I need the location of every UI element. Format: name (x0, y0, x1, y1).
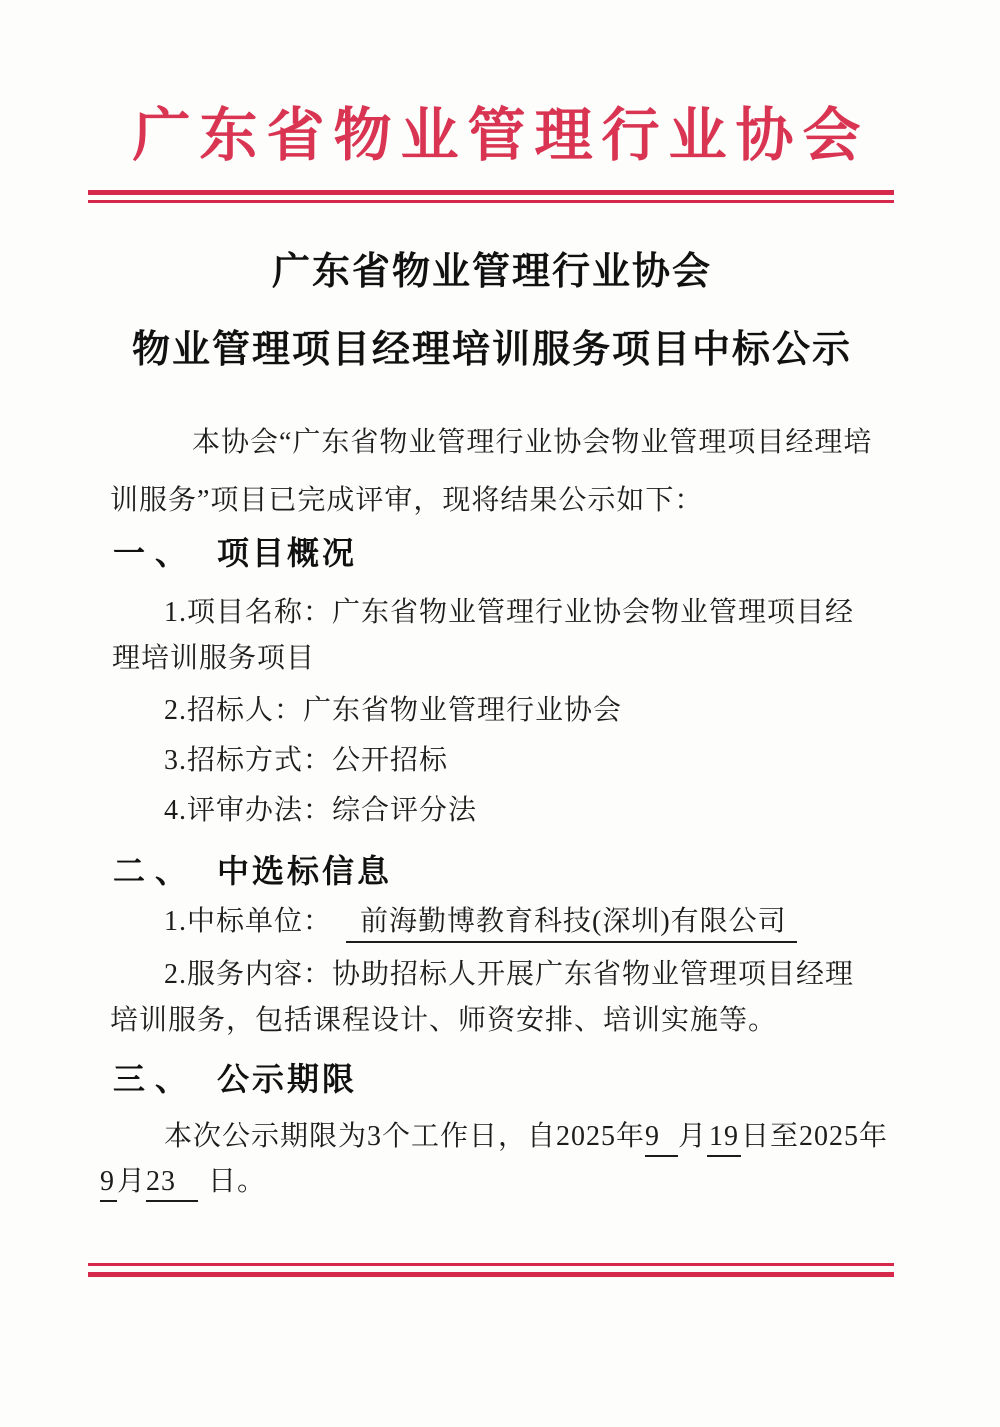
publicity-period-paragraph: 本次公示期限为3个工作日，自2025年9月19日至2025年 9月23日。 (100, 1114, 895, 1204)
section1-number: 一、 (113, 535, 197, 571)
section2-number: 二、 (113, 853, 197, 889)
doc-title-line2: 物业管理项目经理培训服务项目中标公示 (0, 330, 984, 372)
period-line2-month-char: 月 (117, 1166, 146, 1197)
letterhead-org-name: 广东省物业管理行业协会 (0, 104, 993, 168)
period-start-month: 9 (645, 1121, 678, 1157)
winner-company-name: 前海勤博教育科技(深圳)有限公司 (346, 906, 797, 943)
section2-heading: 二、中选标信息 (100, 852, 908, 890)
period-line2-tail: 日。 (208, 1166, 266, 1197)
winner-label: 1.中标单位： (164, 906, 332, 937)
section3-number: 三、 (113, 1061, 197, 1097)
section1-title: 项目概况 (217, 535, 357, 571)
section1-item1: 1.项目名称：广东省物业管理行业协会物业管理项目经 理培训服务项目 (100, 590, 895, 682)
section2-item2: 2.服务内容：协助招标人开展广东省物业管理项目经理 培训服务，包括课程设计、师资… (100, 952, 895, 1044)
letterhead-rule-thick (88, 190, 894, 195)
section1-item3: 3.招标方式：公开招标 (100, 738, 959, 784)
period-line1: 本次公示期限为3个工作日，自2025年9月19日至2025年 (100, 1114, 895, 1159)
section2-item2-line1: 2.服务内容：协助招标人开展广东省物业管理项目经理 (100, 952, 895, 998)
intro-paragraph: 本协会“广东省物业管理行业协会物业管理项目经理培 训服务”项目已完成评审，现将结… (100, 414, 895, 530)
section1-item1-line2: 理培训服务项目 (100, 636, 895, 682)
footer-rule-thin (88, 1263, 894, 1266)
letterhead-rule-thin (88, 200, 894, 203)
doc-title-line1: 广东省物业管理行业协会 (0, 252, 984, 294)
section2-item1: 1.中标单位：前海勤博教育科技(深圳)有限公司 (100, 899, 959, 945)
section2-item2-line2: 培训服务，包括课程设计、师资安排、培训实施等。 (100, 998, 895, 1044)
period-end-month: 9 (100, 1166, 117, 1202)
section2-title: 中选标信息 (217, 853, 392, 889)
period-end-day: 23 (146, 1166, 198, 1202)
section3-title: 公示期限 (217, 1061, 357, 1097)
section1-item1-line1: 1.项目名称：广东省物业管理行业协会物业管理项目经 (100, 590, 895, 636)
section1-item4: 4.评审办法：综合评分法 (100, 788, 959, 834)
intro-line1: 本协会“广东省物业管理行业协会物业管理项目经理培 (100, 414, 895, 472)
intro-line2: 训服务”项目已完成评审，现将结果公示如下： (100, 472, 895, 530)
period-line2: 9月23日。 (100, 1159, 895, 1204)
period-start-day: 19 (707, 1121, 741, 1157)
period-line1-tail: 日至2025年 (741, 1121, 888, 1152)
footer-rule-thick (88, 1272, 894, 1277)
scanned-document-page: 广东省物业管理行业协会 广东省物业管理行业协会 物业管理项目经理培训服务项目中标… (0, 0, 1000, 1427)
section3-heading: 三、公示期限 (100, 1060, 908, 1098)
section1-heading: 一、项目概况 (100, 534, 908, 572)
section1-item2: 2.招标人：广东省物业管理行业协会 (100, 688, 959, 734)
period-line1-text: 本次公示期限为3个工作日，自2025年 (164, 1121, 645, 1152)
period-line1-month-char: 月 (678, 1121, 707, 1152)
